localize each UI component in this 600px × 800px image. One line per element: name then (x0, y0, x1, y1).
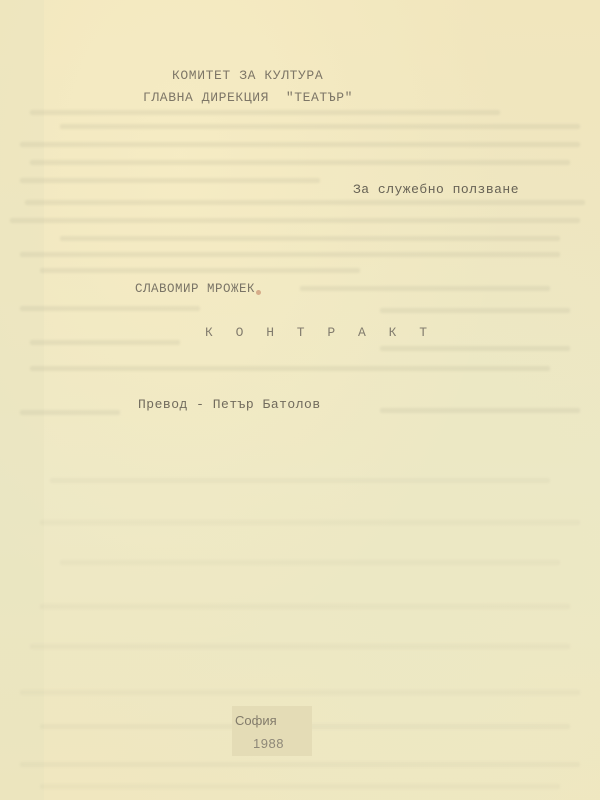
author-name: СЛАВОМИР МРОЖЕК (135, 282, 255, 296)
imprint-year: 1988 (253, 736, 284, 751)
translation-credit: Превод - Петър Батолов (138, 397, 321, 412)
ink-stain (256, 290, 261, 295)
document-title: К О Н Т Р А К Т (205, 325, 435, 340)
directorate-heading: ГЛАВНА ДИРЕКЦИЯ "ТЕАТЪР" (143, 90, 353, 105)
classification-notice: За служебно ползване (353, 182, 519, 197)
document-page: КОМИТЕТ ЗА КУЛТУРА ГЛАВНА ДИРЕКЦИЯ "ТЕАТ… (0, 0, 600, 800)
organization-heading: КОМИТЕТ ЗА КУЛТУРА (172, 68, 323, 83)
scan-edge-shading (0, 0, 44, 800)
imprint-city: София (235, 713, 277, 728)
